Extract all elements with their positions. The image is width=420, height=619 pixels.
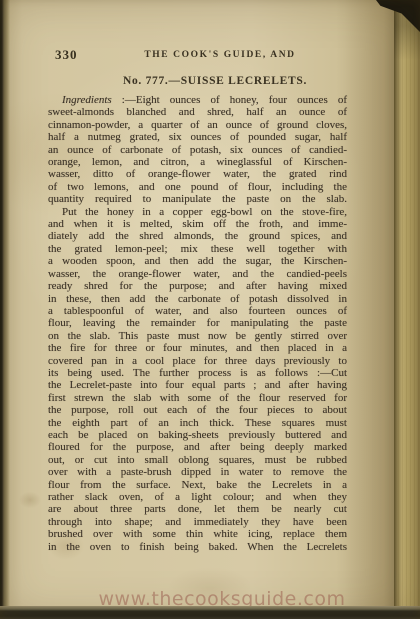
book-fore-edge bbox=[394, 0, 420, 619]
text-line: and when it is melted, skim off the frot… bbox=[48, 218, 347, 230]
text-line: flour, leaving the remainder for manipul… bbox=[48, 317, 347, 329]
text-line: wasser, the orange-flower water, and the… bbox=[48, 268, 347, 280]
text-line: cinnamon-powder, a quarter of an ounce o… bbox=[48, 119, 347, 131]
text-line: rather slack oven, of a light colour; an… bbox=[48, 491, 347, 503]
text-line: Put the honey in a copper egg-bowl on th… bbox=[48, 206, 347, 218]
text-line: sweet-almonds blanched and shred, half a… bbox=[48, 106, 347, 118]
text-line: are about three parts done, let them be … bbox=[48, 503, 347, 515]
text-line: out, or cut into small oblong squares, m… bbox=[48, 454, 347, 466]
text-line: the purpose, roll out each of the four p… bbox=[48, 404, 347, 416]
text-line: wasser, ditto of orange-flower water, th… bbox=[48, 168, 347, 180]
scan-bottom-border bbox=[0, 606, 420, 619]
text-line: in these, then add the carbonate of pota… bbox=[48, 293, 347, 305]
text-line: covered pan in a cool place for three da… bbox=[48, 355, 347, 367]
text-line: the grated lemon-peel; mix these well to… bbox=[48, 243, 347, 255]
text-line: Ingredients :—Eight ounces of honey, fou… bbox=[48, 94, 347, 106]
scanned-book-page: 330 THE COOK'S GUIDE, AND No. 777.—SUISS… bbox=[0, 0, 420, 619]
text-line: an ounce of carbonate of potash, six oun… bbox=[48, 144, 347, 156]
running-header: THE COOK'S GUIDE, AND bbox=[60, 50, 380, 60]
text-line: quantity required to manipulate the past… bbox=[48, 193, 347, 205]
text-line: flour from the surface. Next, bake the L… bbox=[48, 479, 347, 491]
text-line: of two lemons, and one pound of flour, i… bbox=[48, 181, 347, 193]
text-line: floured for the purpose, and after being… bbox=[48, 441, 347, 453]
text-line: ready shred for the purpose; and after h… bbox=[48, 280, 347, 292]
text-line: a tablespoonful of water, and also fourt… bbox=[48, 305, 347, 317]
text-line: the fire for three or four minutes, and … bbox=[48, 342, 347, 354]
text-line: through into shape; and immediately they… bbox=[48, 516, 347, 528]
text-line: the Lecrelet-paste into four equal parts… bbox=[48, 379, 347, 391]
text-line: on the slab. This paste must now be gent… bbox=[48, 330, 347, 342]
text-line: in the oven to finish being baked. When … bbox=[48, 541, 347, 553]
text-line: the eighth part of an inch thick. These … bbox=[48, 417, 347, 429]
binding-edge-left bbox=[0, 0, 10, 619]
text-line: over with a paste-brush dipped in water … bbox=[48, 466, 347, 478]
text-line: brushed over with some thin white icing,… bbox=[48, 528, 347, 540]
text-line: half a nutmeg grated, six ounces of poun… bbox=[48, 131, 347, 143]
text-line: its being used. The further process is a… bbox=[48, 367, 347, 379]
text-line: orange, lemon, and citron, a wineglassfu… bbox=[48, 156, 347, 168]
body-text: Ingredients :—Eight ounces of honey, fou… bbox=[48, 94, 347, 553]
recipe-title: No. 777.—SUISSE LECRELETS. bbox=[40, 75, 390, 87]
text-line: diately add the shred almonds, the groun… bbox=[48, 230, 347, 242]
text-line: first strewn the slab with some of the f… bbox=[48, 392, 347, 404]
text-line: a wooden spoon, and then add the sugar, … bbox=[48, 255, 347, 267]
text-line: each be placed on baking-sheets previous… bbox=[48, 429, 347, 441]
